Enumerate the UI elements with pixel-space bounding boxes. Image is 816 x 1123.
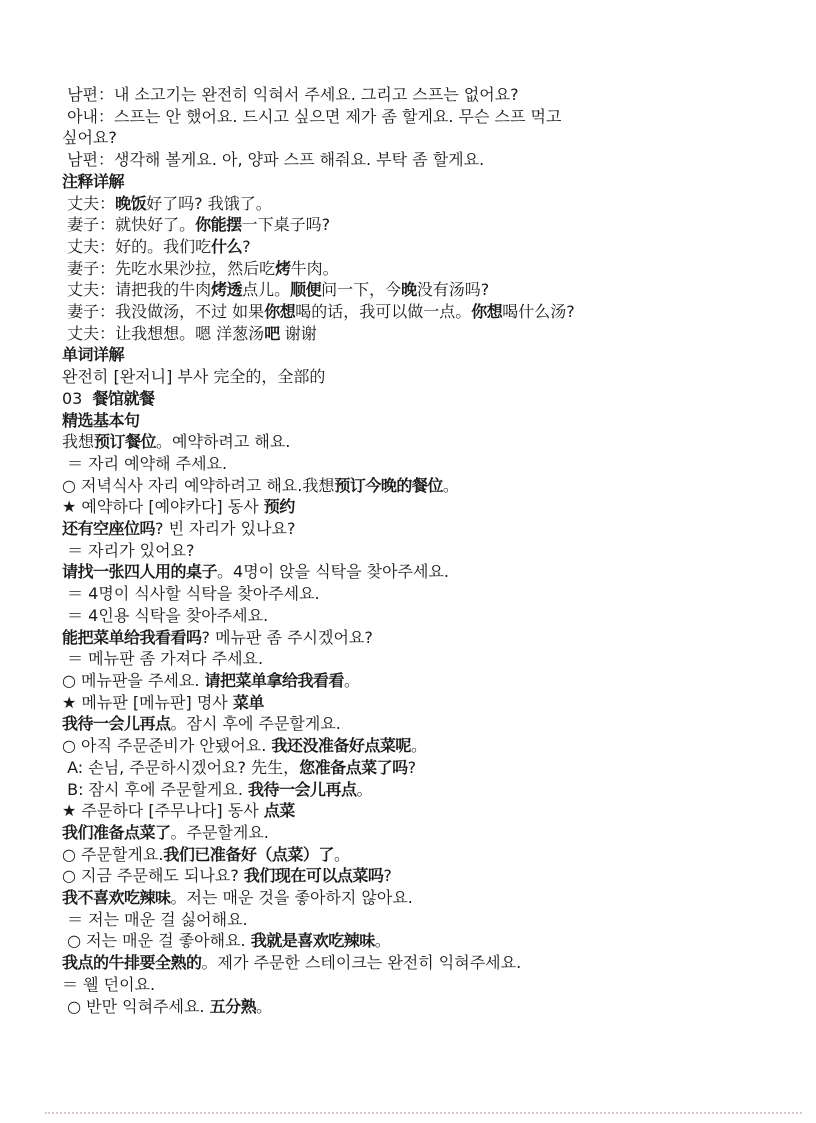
text-run: ＝ 저는 매운 걸 싫어해요. [62, 910, 248, 929]
text-run: ? [408, 758, 417, 777]
text-line: 我不喜欢吃辣味。저는 매운 것을 좋아하지 않아요. [62, 887, 804, 909]
text-run: ○ 지금 주문해도 되나요? [62, 866, 244, 885]
text-run: 。4명이 앉을 식탁을 찾아주세요. [217, 562, 449, 581]
bold-text-run: 你想 [264, 302, 295, 321]
text-run: 没有汤吗? [417, 280, 490, 299]
text-run: 喝什么汤? [502, 302, 575, 321]
bold-text-run: 还有空座位吗 [62, 519, 155, 538]
text-run: 妻子：就快好了。 [62, 215, 195, 234]
text-run: 。저는 매운 것을 좋아하지 않아요. [171, 888, 413, 907]
text-line: A: 손님, 주문하시겠어요? 先生，您准备点菜了吗? [62, 757, 804, 779]
text-line: ★ 예약하다 [예야카다] 동사 预约 [62, 496, 804, 518]
text-run: 。 [357, 780, 373, 799]
text-line: 注释详解 [62, 171, 804, 193]
bold-text-run: 我们现在可以点菜吗 [244, 866, 384, 885]
text-run: ＝ 웰 던이요. [62, 975, 155, 994]
text-run: ○ 반만 익혀주세요. [62, 997, 210, 1016]
text-run: 好了吗? 我饿了。 [146, 194, 272, 213]
text-line: 精选基本句 [62, 410, 804, 432]
text-line: ＝ 웰 던이요. [62, 974, 804, 996]
text-run: 。 [375, 931, 391, 950]
text-line: ＝ 자리 예약해 주세요. [62, 453, 804, 475]
bold-text-run: 顺便 [290, 280, 321, 299]
text-run: ★ 예약하다 [예야카다] 동사 [62, 497, 264, 516]
bold-text-run: 请把菜单拿给我看看 [205, 671, 345, 690]
text-line: 妻子：我没做汤，不过 如果你想喝的话，我可以做一点。你想喝什么汤? [62, 301, 804, 323]
text-run: 谢谢 [280, 324, 317, 343]
text-run: ＝ 자리 예약해 주세요. [62, 454, 227, 473]
text-line: 丈夫：晚饭好了吗? 我饿了。 [62, 193, 804, 215]
bold-text-run: 你能摆 [195, 215, 242, 234]
text-line: 我们准备点菜了。주문할게요. [62, 822, 804, 844]
text-run: A: 손님, 주문하시겠어요? 先生， [62, 758, 299, 777]
text-run: 丈夫：好的。我们吃 [62, 237, 211, 256]
bold-text-run: 我们准备点菜了 [62, 823, 171, 842]
text-run: 点儿。 [242, 280, 290, 299]
text-run: ＝ 4인용 식탁을 찾아주세요. [62, 606, 268, 625]
bold-text-run: 餐馆就餐 [93, 389, 155, 408]
text-run: 。주문할게요. [171, 823, 269, 842]
text-line: ○ 주문할게요.我们已准备好（点菜）了。 [62, 844, 804, 866]
bold-text-run: 烤透 [211, 280, 242, 299]
text-line: 能把菜单给我看看吗? 메뉴판 좀 주시겠어요? [62, 627, 804, 649]
text-run: 妻子：我没做汤，不过 如果 [62, 302, 264, 321]
bold-text-run: 预订餐位 [94, 432, 156, 451]
text-run: ★ 메뉴판 [메뉴판] 명사 [62, 693, 233, 712]
text-run: 。 [256, 997, 272, 1016]
text-line: 아내：스프는 안 했어요. 드시고 싶으면 제가 좀 할게요. 무슨 스프 먹고 [62, 106, 804, 128]
text-run: 丈夫：请把我的牛肉 [62, 280, 211, 299]
text-run: ○ 메뉴판을 주세요. [62, 671, 205, 690]
text-line: 妻子：先吃水果沙拉，然后吃烤牛肉。 [62, 258, 804, 280]
text-line: ○ 저는 매운 걸 좋아해요. 我就是喜欢吃辣味。 [62, 930, 804, 952]
text-line: 请找一张四人用的桌子。4명이 앉을 식탁을 찾아주세요. [62, 561, 804, 583]
text-run: 丈夫：让我想想。嗯 洋葱汤 [62, 324, 264, 343]
text-run: ? 메뉴판 좀 주시겠어요? [202, 628, 373, 647]
text-run: 。 [334, 845, 350, 864]
text-line: ○ 지금 주문해도 되나요? 我们现在可以点菜吗? [62, 865, 804, 887]
text-line: ★ 주문하다 [주무나다] 동사 点菜 [62, 800, 804, 822]
text-run: ＝ 메뉴판 좀 가져다 주세요. [62, 649, 263, 668]
bold-text-run: 你想 [471, 302, 502, 321]
text-line: 완전히 [완저니] 부사 完全的，全部的 [62, 366, 804, 388]
bold-text-run: 我点的牛排要全熟的 [62, 953, 202, 972]
text-run: B: 잠시 후에 주문할게요. [62, 780, 248, 799]
text-run: ○ 아직 주문준비가 안됐어요. [62, 736, 271, 755]
text-run: 싶어요? [62, 128, 117, 147]
text-line: 丈夫：请把我的牛肉烤透点儿。顺便问一下，今晚没有汤吗? [62, 279, 804, 301]
text-line: B: 잠시 후에 주문할게요. 我待一会儿再点。 [62, 779, 804, 801]
text-line: 싶어요? [62, 127, 804, 149]
text-line: 我点的牛排要全熟的。제가 주문한 스테이크는 완전히 익혀주세요. [62, 952, 804, 974]
bold-text-run: 预订今晚的餐位 [334, 476, 443, 495]
dotted-separator [45, 1112, 802, 1114]
text-run: 我想 [62, 432, 94, 451]
text-run: 一下桌子吗? [242, 215, 331, 234]
text-run: ★ 주문하다 [주무나다] 동사 [62, 801, 264, 820]
text-run: 아내：스프는 안 했어요. 드시고 싶으면 제가 좀 할게요. 무슨 스프 먹고 [62, 107, 561, 126]
text-run: 。 [443, 476, 459, 495]
bold-text-run: 菜单 [233, 693, 264, 712]
text-line: ＝ 자리가 있어요? [62, 540, 804, 562]
text-line: ○ 저녁식사 자리 예약하려고 해요.我想预订今晚的餐位。 [62, 475, 804, 497]
bold-text-run: 烤 [275, 259, 291, 278]
text-run: ＝ 자리가 있어요? [62, 541, 195, 560]
bold-text-run: 我待一会儿再点 [248, 780, 357, 799]
text-line: ＝ 4인용 식탁을 찾아주세요. [62, 605, 804, 627]
bold-text-run: 点菜 [264, 801, 295, 820]
text-block: 남편：내 소고기는 완전히 익혀서 주세요. 그리고 스프는 없어요? 아내：스… [62, 84, 804, 1017]
text-run: 남편：생각해 볼게요. 아, 양파 스프 해줘요. 부탁 좀 할게요. [62, 150, 484, 169]
text-run: ? [383, 866, 392, 885]
bold-text-run: 我不喜欢吃辣味 [62, 888, 171, 907]
document-page: 남편：내 소고기는 완전히 익혀서 주세요. 그리고 스프는 없어요? 아내：스… [0, 0, 816, 1123]
text-line: ＝ 메뉴판 좀 가져다 주세요. [62, 648, 804, 670]
text-run: 。 [411, 736, 427, 755]
bold-text-run: 精选基本句 [62, 411, 140, 430]
text-line: 妻子：就快好了。你能摆一下桌子吗? [62, 214, 804, 236]
text-run: 。잠시 후에 주문할게요. [171, 714, 341, 733]
text-line: 丈夫：好的。我们吃什么? [62, 236, 804, 258]
text-line: 남편：내 소고기는 완전히 익혀서 주세요. 그리고 스프는 없어요? [62, 84, 804, 106]
text-line: ○ 반만 익혀주세요. 五分熟。 [62, 996, 804, 1018]
text-run: ○ 저는 매운 걸 좋아해요. [62, 931, 251, 950]
text-run: 완전히 [완저니] 부사 完全的，全部的 [62, 367, 325, 386]
text-run: ○ 주문할게요. [62, 845, 163, 864]
text-run: 남편：내 소고기는 완전히 익혀서 주세요. 그리고 스프는 없어요? [62, 85, 519, 104]
bold-text-run: 注释详解 [62, 172, 124, 191]
bold-text-run: 单词详解 [62, 345, 124, 364]
bold-text-run: 能把菜单给我看看吗 [62, 628, 202, 647]
bold-text-run: 五分熟 [210, 997, 257, 1016]
text-line: 03 餐馆就餐 [62, 388, 804, 410]
text-run: 03 [62, 389, 93, 408]
bold-text-run: 您准备点菜了吗 [299, 758, 408, 777]
text-run: 丈夫： [62, 194, 115, 213]
bold-text-run: 预约 [264, 497, 295, 516]
bold-text-run: 我还没准备好点菜呢 [271, 736, 411, 755]
text-line: ○ 메뉴판을 주세요. 请把菜单拿给我看看。 [62, 670, 804, 692]
text-run: 牛肉。 [291, 259, 339, 278]
bold-text-run: 我们已准备好（点菜）了 [163, 845, 334, 864]
bold-text-run: 什么 [211, 237, 242, 256]
bold-text-run: 吧 [264, 324, 280, 343]
text-run: 喝的话，我可以做一点。 [295, 302, 471, 321]
text-line: 我待一会儿再点。잠시 후에 주문할게요. [62, 713, 804, 735]
text-run: 。예약하려고 해요. [156, 432, 290, 451]
text-line: 丈夫：让我想想。嗯 洋葱汤吧 谢谢 [62, 323, 804, 345]
text-line: ＝ 4명이 식사할 식탁을 찾아주세요. [62, 583, 804, 605]
text-run: ? [242, 237, 251, 256]
text-run: 妻子：先吃水果沙拉，然后吃 [62, 259, 275, 278]
text-run: ○ 저녁식사 자리 예약하려고 해요.我想 [62, 476, 334, 495]
text-line: ○ 아직 주문준비가 안됐어요. 我还没准备好点菜呢。 [62, 735, 804, 757]
text-line: 我想预订餐位。예약하려고 해요. [62, 431, 804, 453]
text-line: 还有空座位吗? 빈 자리가 있나요? [62, 518, 804, 540]
text-line: ＝ 저는 매운 걸 싫어해요. [62, 909, 804, 931]
text-run: 问一下，今 [321, 280, 401, 299]
bold-text-run: 我待一会儿再点 [62, 714, 171, 733]
text-line: ★ 메뉴판 [메뉴판] 명사 菜单 [62, 692, 804, 714]
bold-text-run: 请找一张四人用的桌子 [62, 562, 217, 581]
bold-text-run: 晚 [401, 280, 417, 299]
text-run: 。제가 주문한 스테이크는 완전히 익혀주세요. [202, 953, 522, 972]
text-line: 남편：생각해 볼게요. 아, 양파 스프 해줘요. 부탁 좀 할게요. [62, 149, 804, 171]
bold-text-run: 晚饭 [115, 194, 146, 213]
text-line: 单词详解 [62, 344, 804, 366]
bold-text-run: 我就是喜欢吃辣味 [251, 931, 375, 950]
text-run: 。 [344, 671, 360, 690]
text-run: ? 빈 자리가 있나요? [155, 519, 295, 538]
text-run: ＝ 4명이 식사할 식탁을 찾아주세요. [62, 584, 320, 603]
